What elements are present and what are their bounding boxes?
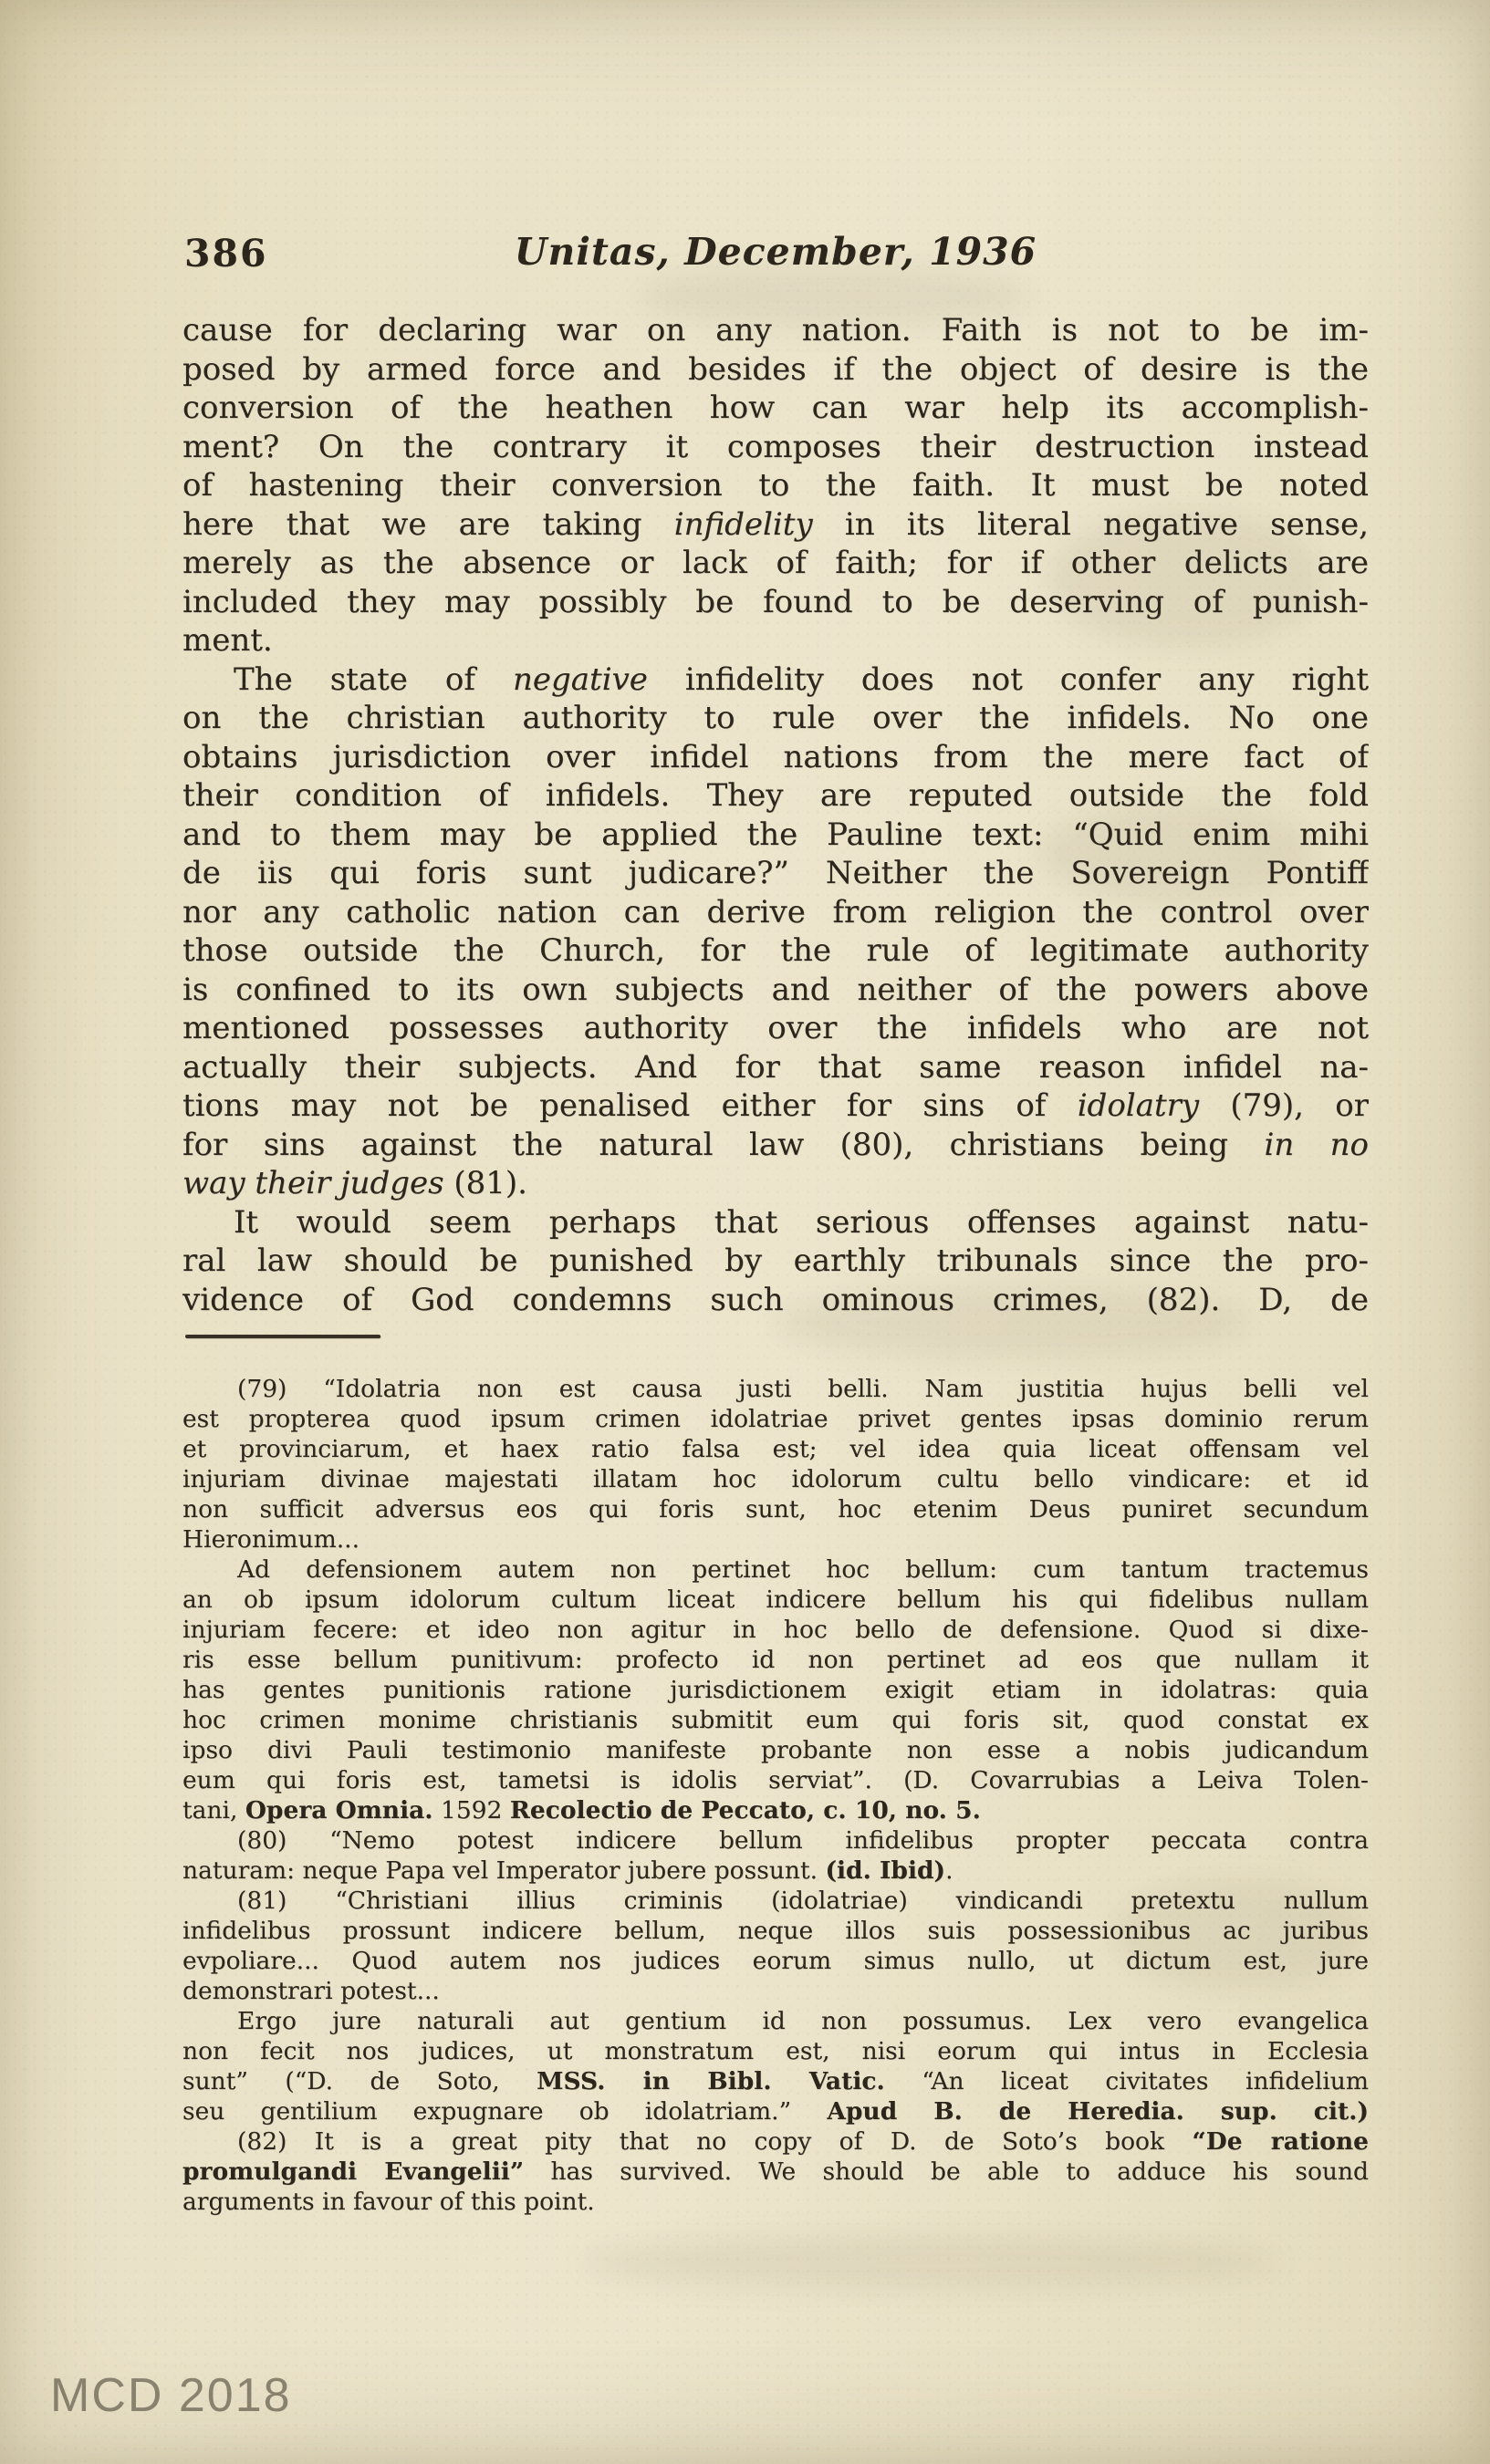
text-line: actually their subjects. And for that sa… xyxy=(182,1048,1369,1087)
text-line: ipso divi Pauli testimonio manifeste pro… xyxy=(182,1735,1369,1765)
text-line: has gentes punitionis ratione jurisdicti… xyxy=(182,1675,1369,1705)
text-line: on the christian authority to rule over … xyxy=(182,699,1369,738)
text-line: It would seem perhaps that serious offen… xyxy=(182,1203,1369,1242)
text-line: (81) “Christiani illius criminis (idolat… xyxy=(182,1886,1369,1916)
paragraph: (82) It is a great pity that no copy of … xyxy=(182,2126,1369,2217)
journal-title-header: Unitas, December, 1936 xyxy=(515,230,1037,274)
text-line: obtains jurisdiction over infidel nation… xyxy=(182,738,1369,777)
text-line: infidelibus prossunt indicere bellum, ne… xyxy=(182,1916,1369,1946)
text-line: included they may possibly be found to b… xyxy=(182,583,1369,622)
paragraph: (81) “Christiani illius criminis (idolat… xyxy=(182,1886,1369,2006)
text-line: arguments in favour of this point. xyxy=(182,2187,1369,2217)
text-line: those outside the Church, for the rule o… xyxy=(182,931,1369,971)
text-line: The state of negative infidelity does no… xyxy=(182,660,1369,700)
text-line: merely as the absence or lack of faith; … xyxy=(182,544,1369,583)
text-line: injuriam divinae majestati illatam hoc i… xyxy=(182,1464,1369,1494)
footnotes: (79) “Idolatria non est causa justi bell… xyxy=(182,1374,1369,2217)
text-line: (79) “Idolatria non est causa justi bell… xyxy=(182,1374,1369,1404)
text-line: their condition of infidels. They are re… xyxy=(182,776,1369,816)
text-line: evpoliare... Quod autem nos judices eoru… xyxy=(182,1946,1369,1976)
running-head: 386 Unitas, December, 1936 xyxy=(182,230,1369,279)
body-text: cause for declaring war on any nation. F… xyxy=(182,311,1369,1319)
text-line: for sins against the natural law (80), c… xyxy=(182,1126,1369,1165)
paragraph: (80) “Nemo potest indicere bellum infide… xyxy=(182,1825,1369,1886)
text-line: de iis qui foris sunt judicare?” Neither… xyxy=(182,854,1369,893)
scanned-book-page: 386 Unitas, December, 1936 cause for dec… xyxy=(0,0,1490,2464)
text-line: and to them may be applied the Pauline t… xyxy=(182,816,1369,855)
text-line: seu gentilium expugnare ob idolatriam.” … xyxy=(182,2096,1369,2126)
text-line: Ad defensionem autem non pertinet hoc be… xyxy=(182,1554,1369,1585)
text-line: demonstrari potest... xyxy=(182,1976,1369,2006)
text-line: cause for declaring war on any nation. F… xyxy=(182,311,1369,350)
paragraph: cause for declaring war on any nation. F… xyxy=(182,311,1369,660)
paragraph: Ergo jure naturali aut gentium id non po… xyxy=(182,2006,1369,2126)
text-line: ris esse bellum punitivum: profecto id n… xyxy=(182,1645,1369,1675)
text-line: eum qui foris est, tametsi is idolis ser… xyxy=(182,1765,1369,1795)
text-line: vidence of God condemns such ominous cri… xyxy=(182,1281,1369,1320)
text-line: of hastening their conversion to the fai… xyxy=(182,466,1369,505)
text-line: non sufficit adversus eos qui foris sunt… xyxy=(182,1494,1369,1524)
paragraph: It would seem perhaps that serious offen… xyxy=(182,1203,1369,1320)
text-line: est propterea quod ipsum crimen idolatri… xyxy=(182,1404,1369,1434)
text-line: an ob ipsum idolorum cultum liceat indic… xyxy=(182,1585,1369,1615)
bleedthrough-smudge xyxy=(584,2235,1277,2290)
watermark: MCD 2018 xyxy=(50,2368,292,2423)
text-line: hoc crimen monime christianis submitit e… xyxy=(182,1705,1369,1735)
text-line: conversion of the heathen how can war he… xyxy=(182,389,1369,428)
text-line: tions may not be penalised either for si… xyxy=(182,1086,1369,1126)
text-line: sunt” (“D. de Soto, MSS. in Bibl. Vatic.… xyxy=(182,2066,1369,2096)
text-line: ment? On the contrary it composes their … xyxy=(182,428,1369,467)
text-line: (80) “Nemo potest indicere bellum infide… xyxy=(182,1825,1369,1856)
text-line: nor any catholic nation can derive from … xyxy=(182,893,1369,932)
text-line: Hieronimum... xyxy=(182,1524,1369,1554)
text-line: (82) It is a great pity that no copy of … xyxy=(182,2126,1369,2157)
text-line: non fecit nos judices, ut monstratum est… xyxy=(182,2036,1369,2066)
paragraph: The state of negative infidelity does no… xyxy=(182,660,1369,1203)
text-line: posed by armed force and besides if the … xyxy=(182,350,1369,390)
text-line: injuriam fecere: et ideo non agitur in h… xyxy=(182,1615,1369,1645)
paragraph: (79) “Idolatria non est causa justi bell… xyxy=(182,1374,1369,1554)
text-line: et provinciarum, et haex ratio falsa est… xyxy=(182,1434,1369,1464)
text-line: tani, Opera Omnia. 1592 Recolectio de Pe… xyxy=(182,1795,1369,1825)
text-line: ment. xyxy=(182,621,1369,660)
text-line: mentioned possesses authority over the i… xyxy=(182,1009,1369,1048)
footnote-separator xyxy=(185,1335,380,1338)
paragraph: Ad defensionem autem non pertinet hoc be… xyxy=(182,1554,1369,1825)
text-line: ral law should be punished by earthly tr… xyxy=(182,1242,1369,1281)
text-line: promulgandi Evangelii” has survived. We … xyxy=(182,2157,1369,2187)
page-number: 386 xyxy=(184,232,268,276)
text-line: here that we are taking infidelity in it… xyxy=(182,505,1369,545)
text-line: way their judges (81). xyxy=(182,1164,1369,1203)
text-line: is confined to its own subjects and neit… xyxy=(182,971,1369,1010)
text-line: naturam: neque Papa vel Imperator jubere… xyxy=(182,1856,1369,1886)
text-line: Ergo jure naturali aut gentium id non po… xyxy=(182,2006,1369,2036)
